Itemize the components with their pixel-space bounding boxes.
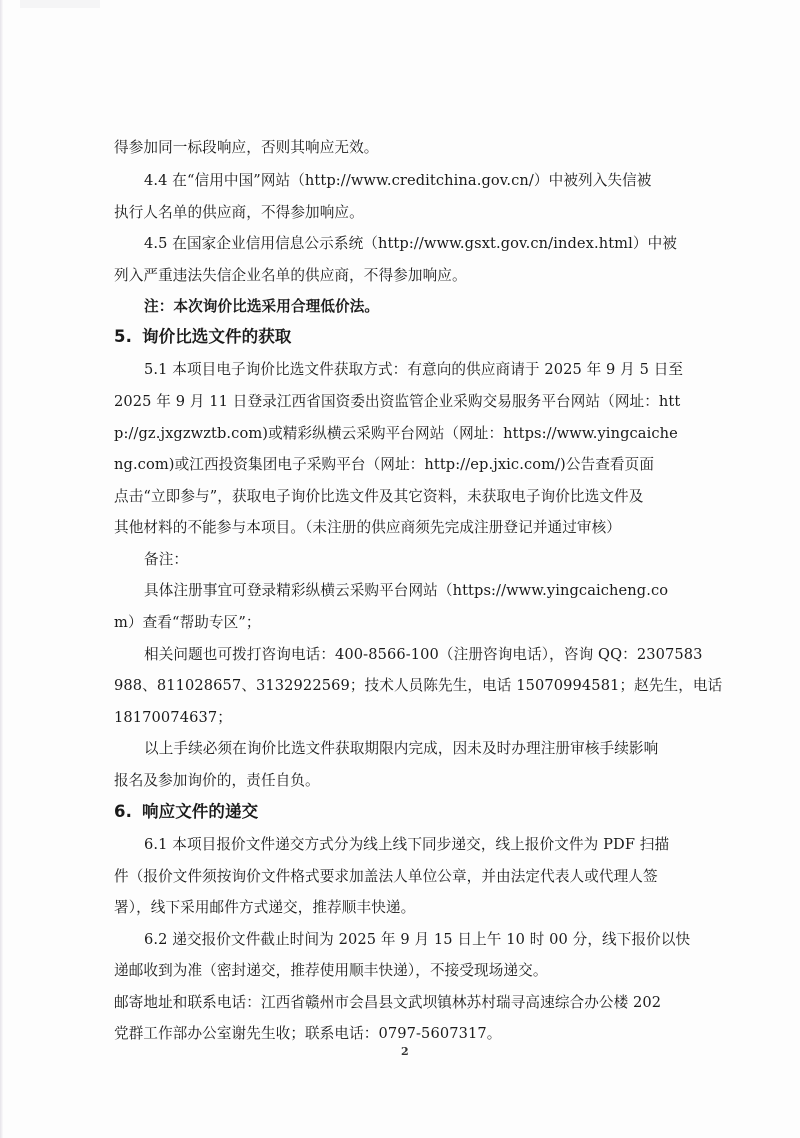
text-line: 党群工作部办公室谢先生收；联系电话：0797-5607317。	[114, 1024, 501, 1044]
clause-5-1: 5.1 本项目电子询价比选文件获取方式：有意向的供应商请于 2025 年 9 月…	[144, 360, 683, 380]
page-number: 2	[401, 1045, 409, 1058]
section-number: 5.	[114, 326, 142, 348]
section-5-heading: 5.询价比选文件的获取	[114, 326, 291, 348]
clause-6-1: 6.1 本项目报价文件递交方式分为线上线下同步递交，线上报价文件为 PDF 扫描	[144, 835, 669, 855]
text-line: 988、811028657、3132922569；技术人员陈先生，电话 1507…	[114, 676, 722, 696]
text-line: 署），线下采用邮件方式递交，推荐顺丰快递。	[114, 898, 415, 918]
text-line: m）查看“帮助专区”；	[114, 613, 261, 633]
text-line: 点击“立即参与”，获取电子询价比选文件及其它资料，未获取电子询价比选文件及	[114, 487, 643, 507]
scan-edge	[0, 0, 3, 1138]
text-line: 执行人名单的供应商，不得参加响应。	[114, 203, 364, 223]
text-line: ng.com)或江西投资集团电子采购平台（网址：http://ep.jxic.c…	[114, 455, 654, 475]
text-line: 列入严重违法失信企业名单的供应商，不得参加响应。	[114, 266, 467, 286]
clause-4-4: 4.4 在“信用中国”网站（http://www.creditchina.gov…	[144, 171, 651, 191]
remark-label: 备注：	[144, 550, 188, 570]
section-title: 响应文件的递交	[142, 802, 258, 821]
text-line: 得参加同一标段响应，否则其响应无效。	[114, 138, 379, 158]
section-number: 6.	[114, 801, 142, 823]
section-6-heading: 6.响应文件的递交	[114, 801, 258, 823]
section-title: 询价比选文件的获取	[142, 327, 291, 346]
text-line: 件（报价文件须按询价文件格式要求加盖法人单位公章，并由法定代表人或代理人签	[114, 867, 658, 887]
deadline-notice: 以上手续必须在询价比选文件获取期限内完成，因未及时办理注册审核手续影响	[144, 739, 658, 759]
remark-text: 具体注册事宜可登录精彩纵横云采购平台网站（https://www.yingcai…	[144, 581, 668, 601]
evaluation-method-note: 注：本次询价比选采用合理低价法。	[144, 297, 379, 317]
text-line: p://gz.jxgzwztb.com)或精彩纵横云采购平台网站（网址：http…	[114, 424, 678, 444]
mailing-address: 邮寄地址和联系电话：江西省赣州市会昌县文武坝镇林苏村瑞寻高速综合办公楼 202	[114, 993, 661, 1013]
text-line: 其他材料的不能参与本项目。（未注册的供应商须先完成注册登记并通过审核）	[114, 518, 621, 538]
contact-info: 相关问题也可拨打咨询电话：400-8566-100（注册咨询电话），咨询 QQ：…	[144, 645, 703, 665]
document-page: 得参加同一标段响应，否则其响应无效。 4.4 在“信用中国”网站（http://…	[0, 0, 800, 1138]
text-line: 2025 年 9 月 11 日登录江西省国资委出资监管企业采购交易服务平台网站（…	[114, 392, 680, 412]
clause-6-2: 6.2 递交报价文件截止时间为 2025 年 9 月 15 日上午 10 时 0…	[144, 930, 690, 950]
text-line: 18170074637；	[114, 708, 232, 728]
text-line: 递邮收到为准（密封递交，推荐使用顺丰快递），不接受现场递交。	[114, 961, 548, 981]
clause-4-5: 4.5 在国家企业信用信息公示系统（http://www.gsxt.gov.cn…	[144, 234, 677, 254]
text-line: 报名及参加询价的，责任自负。	[114, 771, 320, 791]
scan-smudge	[20, 0, 100, 8]
